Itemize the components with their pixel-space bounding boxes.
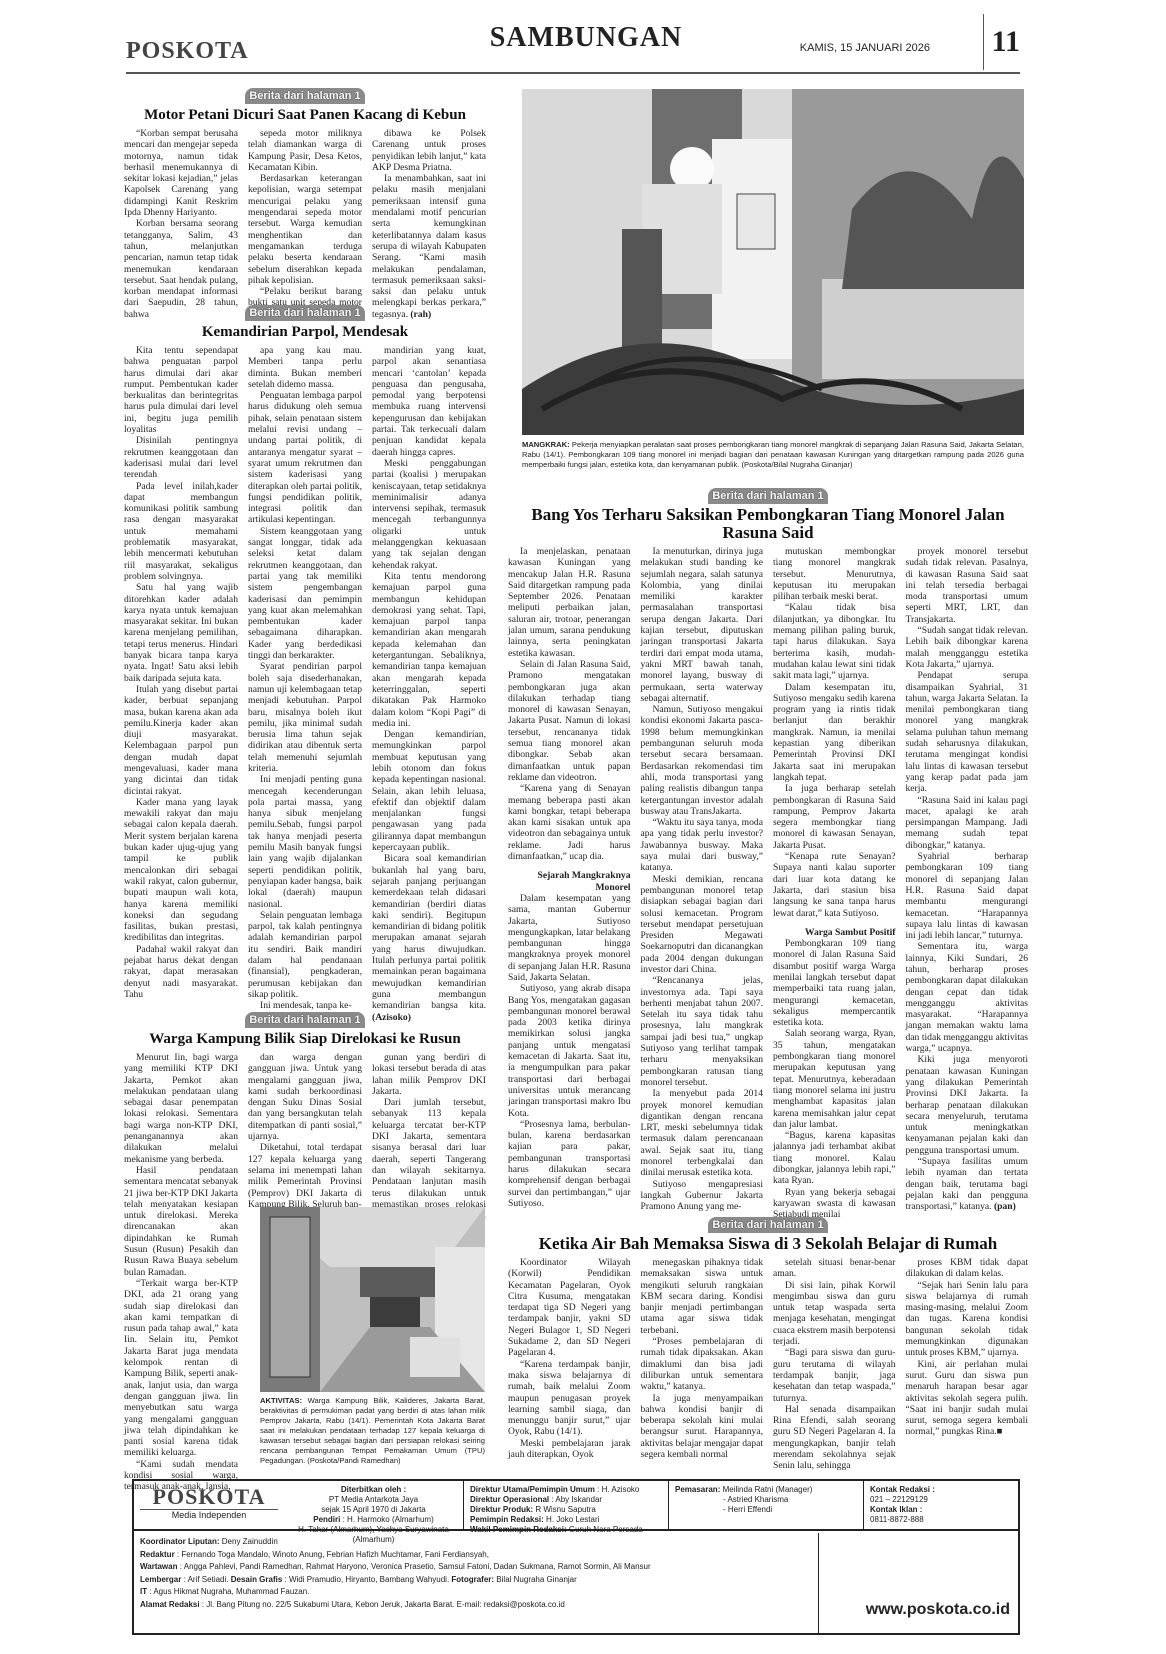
paragraph: Kini, air perlahan mulai surut. Guru dan…	[906, 1359, 1029, 1438]
headline: Bang Yos Terharu Saksikan Pembongkaran T…	[508, 506, 1028, 542]
imprint-box: POSKOTA Media Independen Diterbitkan ole…	[132, 1479, 1020, 1635]
paragraph: Ryan yang bekerja sebagai karyawan swast…	[773, 1187, 896, 1221]
caption-label: MANGKRAK:	[522, 440, 570, 449]
paragraph: Ia menyebut pada 2014 proyek monorel kem…	[641, 1088, 764, 1178]
publisher-name: PT Media Antarkota Jaya	[290, 1495, 457, 1505]
paragraph: Pembongkaran 109 tiang monorel di Jalan …	[773, 938, 896, 1028]
director-row: Pemimpin Redaksi: H. Joko Lestari	[470, 1515, 662, 1525]
article-column: Kita tentu sependapat bahwa penguatan pa…	[124, 345, 238, 1023]
article-columns: “Korban sempat berusaha mencari dan meng…	[124, 128, 486, 320]
paragraph: Ia juga menyampaikan bahwa kondisi banji…	[641, 1393, 764, 1461]
article-column: dibawa ke Polsek Carenang untuk proses p…	[372, 128, 486, 320]
website-link[interactable]: www.poskota.co.id	[818, 1533, 1018, 1633]
caption-text: Warga Kampung Bilik, Kalideres, Jakarta …	[260, 1396, 485, 1465]
article-monorel: Berita dari halaman 1 Bang Yos Terharu S…	[508, 488, 1028, 1221]
paragraph: setelah situasi benar-benar aman.	[773, 1257, 896, 1280]
contact-editorial-phone: 021 – 22129129	[870, 1495, 1013, 1505]
paragraph: Satu hal yang wajib ditorehkan kader ada…	[124, 582, 238, 684]
continued-tag: Berita dari halaman 1	[245, 1012, 365, 1028]
publisher-since: sejak 15 April 1970 di Jakarta	[290, 1505, 457, 1515]
paragraph: Dalam kesempatan yang sama, mantan Guber…	[508, 893, 631, 983]
paragraph: “Rencananya jelas, investornya ada. Tapi…	[641, 975, 764, 1088]
contact-ads-label: Kontak Iklan :	[870, 1505, 922, 1514]
paragraph: proyek monorel tersebut sudah tidak rele…	[906, 546, 1029, 625]
paragraph: Kita tentu mendorong kemajuan parpol gun…	[372, 571, 486, 729]
article-columns: Koordinator Wilayah (Korwil) Pendidikan …	[508, 1257, 1028, 1472]
article-column: mandirian yang kuat, parpol akan senanti…	[372, 345, 486, 1023]
paragraph: menegaskan pihaknya tidak memaksakan sis…	[641, 1257, 764, 1336]
paragraph: “Kenapa rute Senayan? Supaya nanti kalau…	[773, 851, 896, 919]
paragraph: dan warga dengan gangguan jiwa. Untuk ya…	[248, 1052, 362, 1142]
photo-caption-monorel: MANGKRAK: Pekerja menyiapkan peralatan s…	[522, 440, 1024, 470]
imprint-top-row: POSKOTA Media Independen Diterbitkan ole…	[134, 1481, 1018, 1531]
article-column: Koordinator Wilayah (Korwil) Pendidikan …	[508, 1257, 631, 1472]
paragraph: Ia menuturkan, dirinya juga melakukan st…	[641, 546, 764, 704]
paragraph: Salah seorang warga, Ryan, 35 tahun, men…	[773, 1028, 896, 1130]
paragraph: Namun, Sutiyoso mengakui kondisi ekonomi…	[641, 704, 764, 817]
marketing-name: - Astried Kharisma	[675, 1495, 857, 1505]
paragraph: “Sejak hari Senin lalu para siswa belaja…	[906, 1280, 1029, 1359]
article-column: Ia menjelaskan, penataan kawasan Kuninga…	[508, 546, 631, 1221]
paragraph: Ia menjelaskan, penataan kawasan Kuninga…	[508, 546, 631, 659]
imprint-logo: POSKOTA Media Independen	[134, 1481, 284, 1531]
paragraph: Kader mana yang layak mewakili rakyat da…	[124, 797, 238, 944]
issue-date: KAMIS, 15 JANUARI 2026	[800, 42, 930, 54]
article-sekolah: Berita dari halaman 1 Ketika Air Bah Mem…	[508, 1217, 1028, 1472]
caption-text: Pekerja menyiapkan peralatan saat proses…	[522, 440, 1024, 469]
paragraph: Pada level inilah,kader dapat membangun …	[124, 481, 238, 583]
marketing-label: Pemasaran:	[675, 1485, 720, 1494]
paragraph: Ia juga berharap setelah pembongkaran di…	[773, 783, 896, 851]
paragraph: Padahal wakil rakyat dan pejabat harus d…	[124, 944, 238, 1000]
article-column: “Korban sempat berusaha mencari dan meng…	[124, 128, 238, 320]
photo-kampung-bilik	[260, 1207, 485, 1392]
paragraph: Sistem keanggotaan yang sangat longgar, …	[248, 526, 362, 662]
paragraph: Meski penggabungan partai (koalisi ) mer…	[372, 458, 486, 571]
paragraph: mutuskan membongkar tiang monorel mangkr…	[773, 546, 896, 602]
contact-info: Kontak Redaksi : 021 – 22129129 Kontak I…	[864, 1481, 1019, 1531]
article-column: sepeda motor miliknya telah diamankan wa…	[248, 128, 362, 320]
photo-caption-bilik: AKTIVITAS: Warga Kampung Bilik, Kalidere…	[260, 1396, 485, 1466]
paragraph: Ini mendesak, tanpa ke-	[248, 1000, 362, 1011]
director-row: Direktur Operasional : Aby Iskandar	[470, 1495, 662, 1505]
paragraph: Pendapat serupa disampaikan Syahrial, 31…	[906, 670, 1029, 794]
paragraph: Itulah yang disebut partai kader, berbua…	[124, 684, 238, 797]
headline: Warga Kampung Bilik Siap Direlokasi ke R…	[124, 1030, 486, 1048]
paragraph: sepeda motor miliknya telah diamankan wa…	[248, 128, 362, 173]
photo-monorel-worker	[522, 89, 1024, 435]
director-row: Direktur Utama/Pemimpin Umum : H. Azisok…	[470, 1485, 662, 1495]
article-columns: Ia menjelaskan, penataan kawasan Kuninga…	[508, 546, 1028, 1221]
paragraph: Penguatan lembaga parpol harus didukung …	[248, 390, 362, 526]
contact-ads-phone: 0811-8872-888	[870, 1515, 1013, 1525]
paragraph: “Waktu itu saya tanya, moda apa yang tid…	[641, 817, 764, 873]
paragraph: Dalam kesempatan itu, Sutiyoso mengaku s…	[773, 682, 896, 784]
paragraph: mandirian yang kuat, parpol akan senanti…	[372, 345, 486, 458]
paragraph: Sutiyoso mengapresiasi langkah Gubernur …	[641, 1179, 764, 1213]
paragraph: Koordinator Wilayah (Korwil) Pendidikan …	[508, 1257, 631, 1359]
subheading: Warga Sambut Positif	[773, 927, 896, 938]
paragraph: Ia menambahkan, saat ini pelaku masih me…	[372, 173, 486, 320]
paragraph: Meski demikian, rencana pembangunan mono…	[641, 874, 764, 976]
publisher-info: Diterbitkan oleh : PT Media Antarkota Ja…	[284, 1481, 464, 1531]
article-column: mutuskan membongkar tiang monorel mangkr…	[773, 546, 896, 1221]
subheading: Sejarah Mangkraknya Monorel	[508, 870, 631, 893]
author-credit: (pan)	[992, 1201, 1016, 1212]
paragraph: Syahrial berharap pembongkaran 109 tiang…	[906, 851, 1029, 941]
paragraph: “Sudah sangat tidak relevan. Lebih baik …	[906, 625, 1029, 670]
article-column: setelah situasi benar-benar aman.Di sisi…	[773, 1257, 896, 1472]
paragraph: Dengan kemandirian, memungkinkan parpol …	[372, 729, 486, 853]
founder-1: : H. Harmoko (Almarhum)	[343, 1515, 434, 1524]
article-column: proyek monorel tersebut sudah tidak rele…	[906, 546, 1029, 1221]
contact-editorial-label: Kontak Redaksi :	[870, 1485, 935, 1494]
paragraph: Bicara soal kemandirian bukanlah hal yan…	[372, 853, 486, 1022]
paragraph: Menurut Iin, bagi warga yang memiliki KT…	[124, 1052, 238, 1165]
paragraph: “Kalau tidak bisa dilanjutkan, ya dibong…	[773, 602, 896, 681]
paragraph: “Proses pembelajaran di rumah tidak dipa…	[641, 1336, 764, 1392]
page-number: 11	[983, 14, 1020, 70]
paragraph: “Prosesnya lama, berbulan-bulan, karena …	[508, 1119, 631, 1209]
paragraph: “Karena terdampak banjir, maka siswa bel…	[508, 1359, 631, 1438]
continued-tag: Berita dari halaman 1	[245, 88, 365, 104]
article-column: apa yang kau mau. Memberi tanpa perlu di…	[248, 345, 362, 1023]
caption-label: AKTIVITAS:	[260, 1396, 302, 1405]
founder-label: Pendiri	[313, 1515, 340, 1524]
paragraph: Sementara itu, warga lainnya, Kiki Sunda…	[906, 941, 1029, 1054]
paragraph: apa yang kau mau. Memberi tanpa perlu di…	[248, 345, 362, 390]
bilik-photo-image	[260, 1207, 485, 1392]
continued-tag: Berita dari halaman 1	[708, 1217, 828, 1233]
headline: Kemandirian Parpol, Mendesak	[124, 323, 486, 341]
paragraph: Hasil pendataan sementara mencatat seban…	[124, 1165, 238, 1278]
continued-tag: Berita dari halaman 1	[708, 488, 828, 504]
paragraph: “Karena yang di Senayan memang beberapa …	[508, 783, 631, 862]
paragraph: “Bagus, karena kapasitas jalannya jadi t…	[773, 1130, 896, 1186]
marketing-info: Pemasaran: Meilinda Ratni (Manager) - As…	[669, 1481, 864, 1531]
paragraph: Disinilah pentingnya rekrutmen keanggota…	[124, 435, 238, 480]
paragraph: Kita tentu sependapat bahwa penguatan pa…	[124, 345, 238, 435]
paragraph: “Bagi para siswa dan guru-guru terutama …	[773, 1347, 896, 1403]
marketing-name: Meilinda Ratni (Manager)	[723, 1485, 813, 1494]
article-motor: Berita dari halaman 1 Motor Petani Dicur…	[124, 88, 486, 320]
article-column: menegaskan pihaknya tidak memaksakan sis…	[641, 1257, 764, 1472]
director-row: Direktur Produk: R Wisnu Saputra	[470, 1505, 662, 1515]
poskota-logo: POSKOTA	[126, 38, 249, 65]
article-parpol: Berita dari halaman 1 Kemandirian Parpol…	[124, 305, 486, 1023]
paragraph: Selain di Jalan Rasuna Said, Pramono men…	[508, 659, 631, 783]
article-column: proses KBM tidak dapat dilakukan di dala…	[906, 1257, 1029, 1472]
paragraph: Hal senada disampaikan Rina Efendi, sala…	[773, 1404, 896, 1472]
publisher-label: Diterbitkan oleh :	[341, 1485, 406, 1494]
paragraph: “Supaya fasilitas umum lebih nyaman dan …	[906, 1156, 1029, 1212]
headline: Ketika Air Bah Memaksa Siswa di 3 Sekola…	[508, 1235, 1028, 1253]
paragraph: Berdasarkan keterangan kepolisian, warga…	[248, 173, 362, 286]
paragraph: Diketahui, total terdapat 127 kepala kel…	[248, 1142, 362, 1210]
paragraph: Syarat pendirian parpol boleh saja dised…	[248, 661, 362, 774]
paragraph: Meski pembelajaran jarak jauh diterapkan…	[508, 1438, 631, 1461]
paragraph: Sutiyoso, yang akrab disapa Bang Yos, me…	[508, 983, 631, 1119]
paragraph: gunan yang berdiri di lokasi tersebut be…	[372, 1052, 486, 1097]
masthead: POSKOTA SAMBUNGAN KAMIS, 15 JANUARI 2026…	[126, 24, 1020, 74]
continued-tag: Berita dari halaman 1	[245, 305, 365, 321]
article-columns: Kita tentu sependapat bahwa penguatan pa…	[124, 345, 486, 1023]
paragraph: Kiki juga menyoroti penataan kawasan Kun…	[906, 1054, 1029, 1156]
paragraph: “Terkait warga ber-KTP DKI, ada 21 orang…	[124, 1278, 238, 1459]
paragraph: proses KBM tidak dapat dilakukan di dala…	[906, 1257, 1029, 1280]
article-column: Ia menuturkan, dirinya juga melakukan st…	[641, 546, 764, 1221]
headline: Motor Petani Dicuri Saat Panen Kacang di…	[124, 106, 486, 124]
section-title: SAMBUNGAN	[486, 22, 686, 54]
paragraph: “Rasuna Said ini kalau pagi macet, apala…	[906, 795, 1029, 851]
paragraph: Di sisi lain, pihak Korwil mengimbau sis…	[773, 1280, 896, 1348]
footer-tagline: Media Independen	[140, 1510, 278, 1520]
paragraph: Selain penguatan lembaga parpol, tak kal…	[248, 910, 362, 1000]
footer-logo-text: POSKOTA	[140, 1485, 278, 1510]
article-column: Menurut Iin, bagi warga yang memiliki KT…	[124, 1052, 238, 1493]
monorel-photo-image	[522, 89, 1024, 435]
paragraph: dibawa ke Polsek Carenang untuk proses p…	[372, 128, 486, 173]
directors-list: Direktur Utama/Pemimpin Umum : H. Azisok…	[464, 1481, 669, 1531]
marketing-name: - Herri Effendi	[675, 1505, 857, 1515]
paragraph: Ini menjadi penting guna mencegah kecend…	[248, 774, 362, 910]
paragraph: “Korban sempat berusaha mencari dan meng…	[124, 128, 238, 218]
